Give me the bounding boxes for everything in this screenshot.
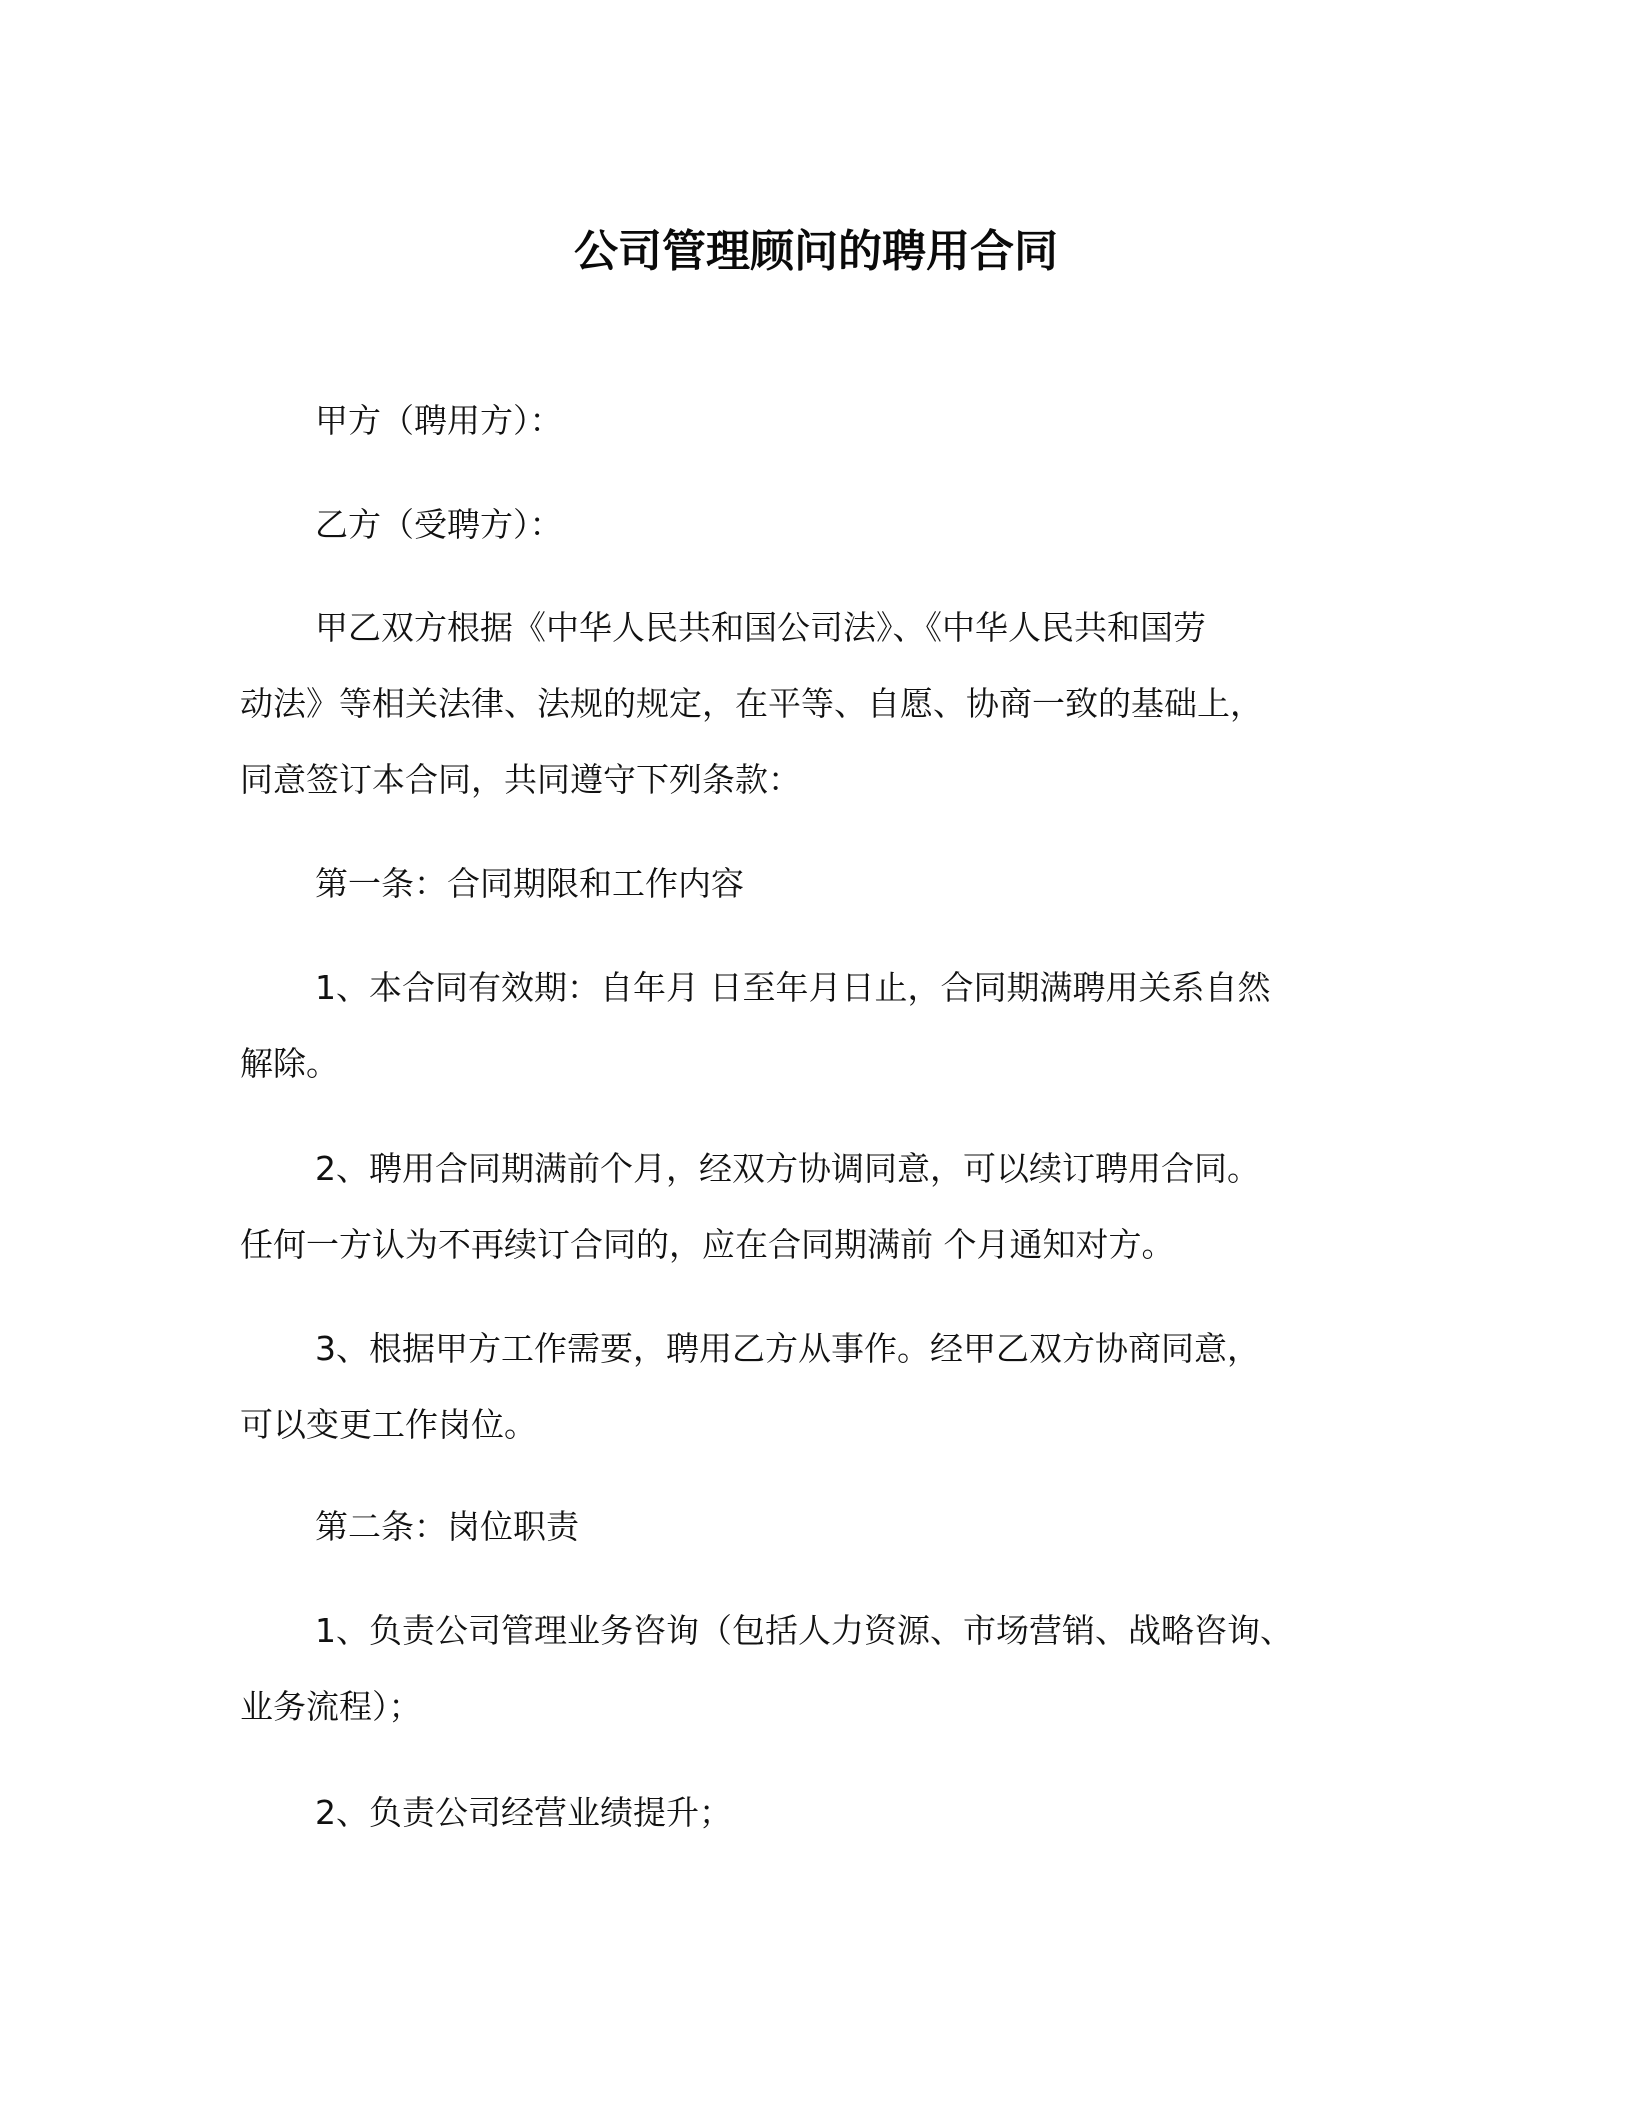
- document-page: 公司管理顾问的聘用合同 甲方（聘用方）： 乙方（受聘方）： 甲乙双方根据《中华人…: [0, 0, 1632, 2112]
- article-2-item-1-line-2: 业务流程）；: [240, 1687, 422, 1727]
- preamble-line-2: 动法》等相关法律、法规的规定，在平等、自愿、协商一致的基础上，: [240, 684, 1263, 724]
- article-1-item-1-line-2: 解除。: [240, 1044, 339, 1084]
- document-title: 公司管理顾问的聘用合同: [0, 224, 1632, 280]
- article-1-heading: 第一条：合同期限和工作内容: [315, 864, 744, 904]
- article-1-item-3-line-1: 3、根据甲方工作需要，聘用乙方从事作。经甲乙双方协商同意，: [315, 1329, 1260, 1369]
- article-2-item-2-line-1: 2、负责公司经营业绩提升；: [315, 1793, 732, 1833]
- preamble-line-3: 同意签订本合同，共同遵守下列条款：: [240, 760, 801, 800]
- article-1-item-2-line-1: 2、聘用合同期满前个月，经双方协调同意，可以续订聘用合同。: [315, 1149, 1260, 1189]
- article-1-item-1-line-1: 1、本合同有效期：自年月 日至年月日止，合同期满聘用关系自然: [315, 968, 1271, 1008]
- party-a-label: 甲方（聘用方）：: [315, 401, 563, 441]
- article-2-item-1-line-1: 1、负责公司管理业务咨询（包括人力资源、市场营销、战略咨询、: [315, 1611, 1293, 1651]
- party-b-label: 乙方（受聘方）：: [315, 505, 563, 545]
- preamble-line-1: 甲乙双方根据《中华人民共和国公司法》、《中华人民共和国劳: [315, 608, 1206, 648]
- article-1-item-2-line-2: 任何一方认为不再续订合同的，应在合同期满前 个月通知对方。: [240, 1225, 1175, 1265]
- article-1-item-3-line-2: 可以变更工作岗位。: [240, 1405, 537, 1445]
- article-2-heading: 第二条：岗位职责: [315, 1507, 579, 1547]
